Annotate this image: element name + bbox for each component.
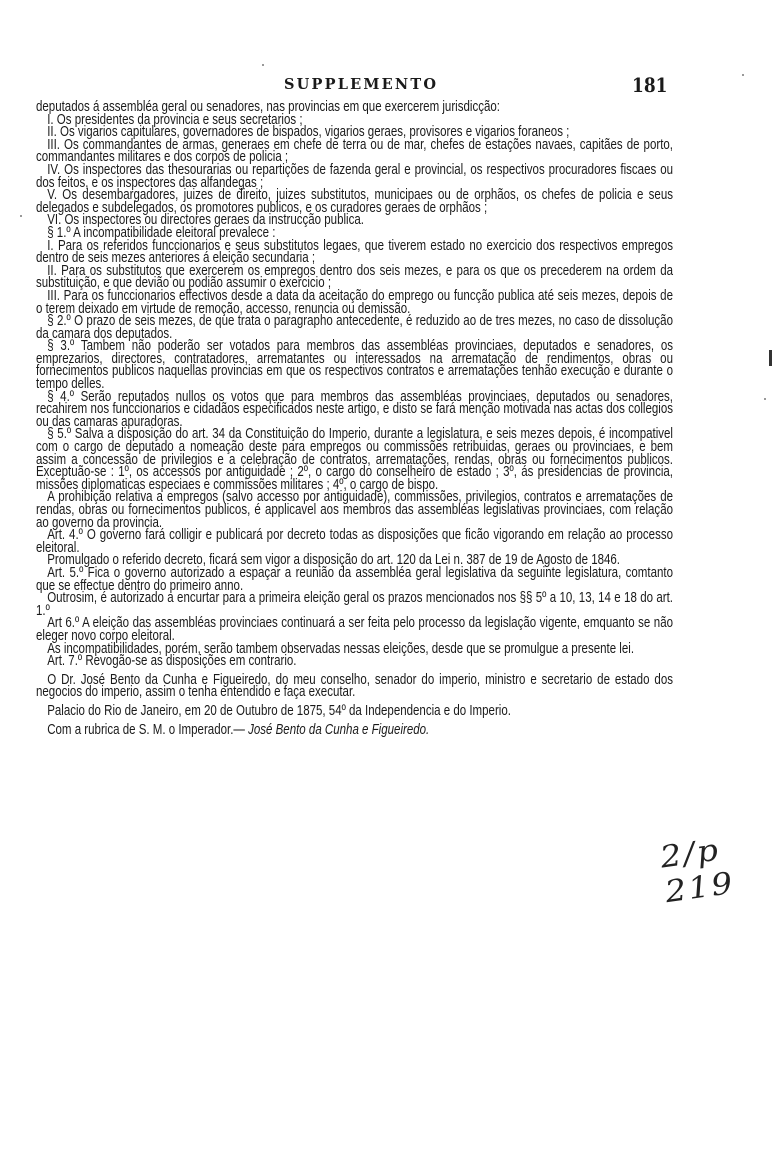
signature-line: Com a rubrica de S. M. o Imperador.— Jos… — [36, 724, 673, 737]
handwritten-annotation: 2/p 219 — [658, 824, 779, 910]
page-number: 181 — [632, 73, 667, 97]
section-2: § 2.º O prazo de seis mezes, de que trat… — [36, 315, 673, 340]
section-3: § 3.º Tambem não poderão ser votados par… — [36, 340, 673, 390]
article-5-outrosim: Outrosim, é autorizado a encurtar para a… — [36, 592, 673, 617]
scan-speck — [20, 215, 22, 217]
margin-mark — [769, 350, 772, 366]
text-column: deputados á assembléa geral ou senadores… — [36, 101, 673, 736]
article-5: Art. 5.º Fica o governo autorizado a esp… — [36, 567, 673, 592]
scan-speck — [742, 74, 744, 76]
item-v: V. Os desembargadores, juizes de direito… — [36, 189, 673, 214]
running-title: SUPPLEMENTO — [284, 76, 438, 93]
item-iv: IV. Os inspectores das thesourarias ou r… — [36, 164, 673, 189]
signature-name: José Bento da Cunha e Figueiredo. — [248, 722, 429, 738]
section-1-item-iii: III. Para os funccionarios effectivos de… — [36, 290, 673, 315]
article-7: Art. 7.º Revogão-se as disposições em co… — [36, 655, 673, 668]
section-1-item-ii: II. Para os substitutos que exercerem os… — [36, 265, 673, 290]
item-iii: III. Os commandantes de armas, generaes … — [36, 139, 673, 164]
section-5: § 5.º Salva a disposição do art. 34 da C… — [36, 428, 673, 491]
scan-speck — [764, 398, 766, 400]
minister-clause: O Dr. José Bento da Cunha e Figueiredo, … — [36, 674, 673, 699]
signature-prefix: Com a rubrica de S. M. o Imperador.— — [47, 722, 248, 738]
section-1-item-i: I. Para os referidos funccionarios e seu… — [36, 240, 673, 265]
document-body: deputados á assembléa geral ou senadores… — [36, 101, 673, 736]
section-4: § 4.º Serão reputados nullos os votos qu… — [36, 391, 673, 429]
scan-speck — [262, 64, 264, 66]
place-date: Palacio do Rio de Janeiro, em 20 de Outu… — [36, 705, 673, 718]
prohibition-paragraph: A prohibição relativa a empregos (salvo … — [36, 491, 673, 529]
article-4: Art. 4.º O governo fará colligir e publi… — [36, 529, 673, 554]
page-header: SUPPLEMENTO 181 — [0, 76, 779, 100]
article-6: Art 6.º A eleição das assembléas provinc… — [36, 617, 673, 642]
